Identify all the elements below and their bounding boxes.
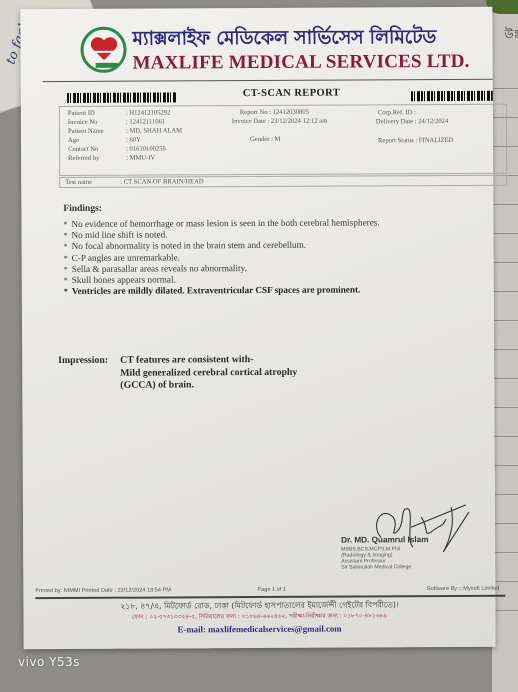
patient-id-label: Patient ID [68,110,95,117]
test-name-label: Test name [65,179,92,186]
impression-line-3: (GCCA) of brain. [120,379,194,391]
doctor-institution: Sir Salimullah Medical College. [341,564,413,570]
delivery-date: Delivery Date : 24/12/2024 [376,118,448,125]
company-name-english: MAXLIFE MEDICAL SERVICES LTD. [133,51,470,75]
finding-item: Ventricles are mildly dilated. Extravent… [62,284,422,297]
referred-value: : MMU-IV [126,155,155,162]
heart-pulse-icon [80,27,126,73]
barcode-right [411,91,493,101]
report-status: Report Status : FINALIZED [378,137,453,144]
notebook-text: উঃ [504,26,518,46]
patient-id-value: : H12412105292 [126,109,171,116]
patient-info-box: Patient ID : H12412105292 Invoice No : 1… [59,104,507,176]
age-value: : 60Y [126,137,141,144]
contact-value: : 01610100255 [126,145,166,152]
letterhead: ম্যাক্সলাইফ মেডিকেল সার্ভিসেস লিমিটেড MA… [60,17,480,81]
invoice-date: Invoice Date : 23/12/2024 12:12 am [232,118,327,125]
patient-name-value: : MD. SHAH ALAM [126,127,182,134]
report-title: CT-SCAN REPORT [243,88,340,100]
gender: Gender : M [250,136,280,143]
doctor-name: Dr. MD. Quamrul Islam [341,535,428,544]
page-number: Page 1 of 1 [257,587,286,593]
pulse-line [91,51,117,53]
findings-list: No evidence of hemorrhage or mass lesion… [61,217,421,297]
test-name-box: Test name : CT SCAN OF BRAIN/HEAD [59,175,507,188]
findings-heading: Findings: [63,204,102,214]
invoice-no-value: : 12412111061 [126,118,165,125]
report-no: Report No : 12412030805 [240,109,309,116]
phone-bengali: ফোন : ০২-৫৭৩১৩৩২৪-৫, সিরিয়ালের জন্য : ০… [23,611,495,623]
email-address: E-mail: maxlifemedicalservices@gmail.com [24,623,496,635]
report-sheet: ম্যাক্সলাইফ মেডিকেল সার্ভিসেস লিমিটেড MA… [20,7,495,649]
printed-by: Printed by: NIMMI Printed Date : 23/12/2… [35,587,171,594]
software-credit: Software By :: Mysoft Limited [427,586,499,592]
camera-watermark: vivo Y53s [18,655,80,669]
logo-band [96,63,118,68]
impression-label: Impression: [58,355,108,367]
contact-label: Contact No [68,146,98,153]
test-name-value: : CT SCAN OF BRAIN/HEAD [120,178,203,185]
corp-ref-id: Corp.Ref. ID : [378,109,416,116]
doctor-signature-block: Dr. MD. Quamrul Islam MBBS,BCS,MCPS,M.Ph… [341,497,501,588]
impression-line-2: Mild generalized cerebral cortical atrop… [120,367,297,380]
patient-name-label: Patient Name [68,128,104,135]
age-label: Age [68,137,79,144]
referred-label: Referred by [68,155,99,162]
impression-line-1: CT features are consistent with- [120,354,253,367]
barcode-left [67,92,177,103]
invoice-no-label: Invoice No [68,119,98,126]
